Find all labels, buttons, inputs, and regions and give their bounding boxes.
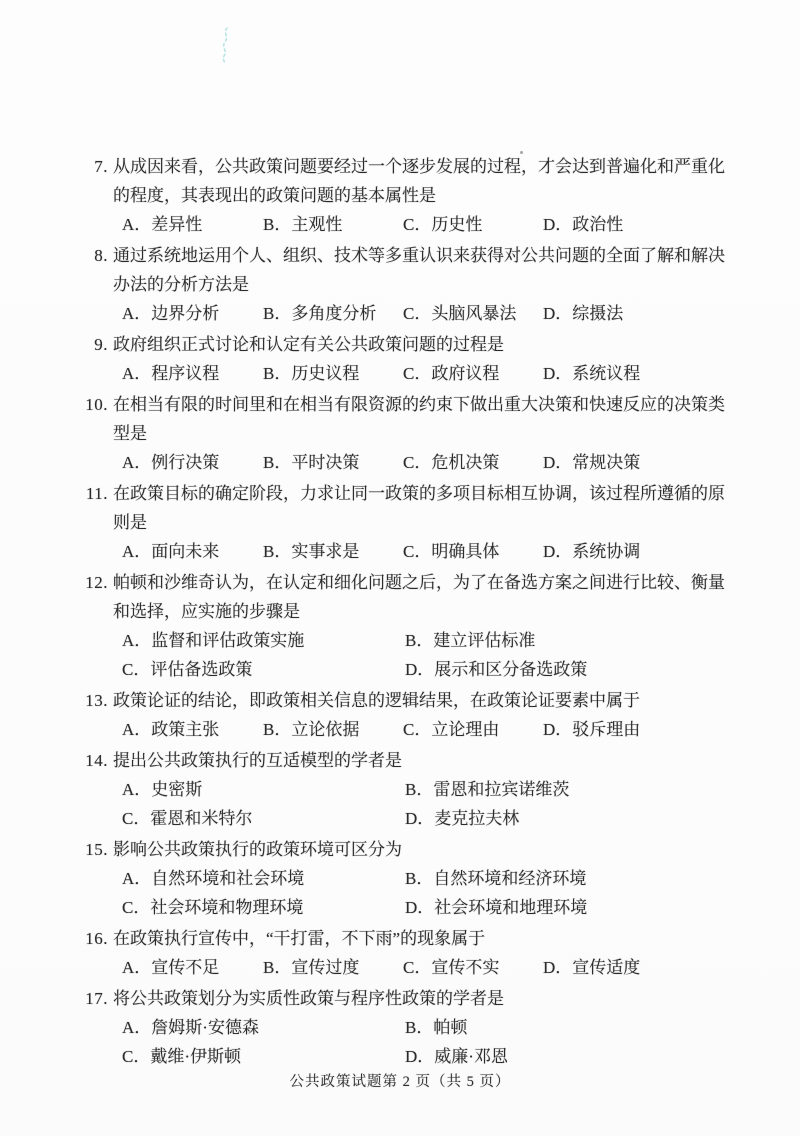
option-d: D．政治性 <box>543 210 740 239</box>
option-b: B．建立评估标准 <box>405 626 740 655</box>
question-text-line: 在政策执行宣传中，“干打雷，不下雨”的现象属于 <box>113 929 485 948</box>
option-b: B．平时决策 <box>263 448 403 477</box>
question-stem: 17. 将公共政策划分为实质性政策与程序性政策的学者是 <box>113 984 740 1013</box>
option-c: C．霍恩和米特尔 <box>122 804 405 833</box>
question-15: 15. 影响公共政策执行的政策环境可区分为 A．自然环境和社会环境 B．自然环境… <box>113 835 740 922</box>
option-b: B．历史议程 <box>263 359 403 388</box>
option-b: B．主观性 <box>263 210 403 239</box>
question-stem: 11. 在政策目标的确定阶段，力求让同一政策的多项目标相互协调，该过程所遵循的原 <box>113 479 740 508</box>
option-d: D．综摄法 <box>543 299 740 328</box>
question-stem: 10. 在相当有限的时间里和在相当有限资源的约束下做出重大决策和快速反应的决策类 <box>113 390 740 419</box>
cyan-scan-pen-mark-icon <box>219 26 233 64</box>
question-number: 15. <box>81 835 108 864</box>
option-d: D．常规决策 <box>543 448 740 477</box>
option-c: C．社会环境和物理环境 <box>122 893 405 922</box>
option-a: A．面向未来 <box>122 537 263 566</box>
option-b: B．自然环境和经济环境 <box>405 864 740 893</box>
options-row: A．程序议程 B．历史议程 C．政府议程 D．系统议程 <box>113 359 740 388</box>
question-text-line: 通过系统地运用个人、组织、技术等多重认识来获得对公共问题的全面了解和解决 <box>113 246 725 265</box>
option-c: C．历史性 <box>403 210 543 239</box>
page-footer: 公共政策试题第 2 页（共 5 页） <box>0 1070 800 1091</box>
question-stem: 15. 影响公共政策执行的政策环境可区分为 <box>113 835 740 864</box>
question-number: 12. <box>81 568 108 597</box>
options-row: C．评估备选政策 D．展示和区分备选政策 <box>113 655 740 684</box>
question-8: 8. 通过系统地运用个人、组织、技术等多重认识来获得对公共问题的全面了解和解决 … <box>113 241 740 328</box>
option-a: A．史密斯 <box>122 775 405 804</box>
options-row: A．自然环境和社会环境 B．自然环境和经济环境 <box>113 864 740 893</box>
option-a: A．程序议程 <box>122 359 263 388</box>
option-b: B．帕顿 <box>405 1013 740 1042</box>
question-text-line: 办法的分析方法是 <box>113 270 740 299</box>
question-number: 13. <box>81 686 108 715</box>
option-a: A．差异性 <box>122 210 263 239</box>
option-a: A．自然环境和社会环境 <box>122 864 405 893</box>
option-a: A．边界分析 <box>122 299 263 328</box>
options-row: A．边界分析 B．多角度分析 C．头脑风暴法 D．综摄法 <box>113 299 740 328</box>
question-stem: 9. 政府组织正式讨论和认定有关公共政策问题的过程是 <box>113 330 740 359</box>
option-a: A．监督和评估政策实施 <box>122 626 405 655</box>
question-number: 8. <box>81 241 108 270</box>
option-d: D．展示和区分备选政策 <box>405 655 740 684</box>
question-number: 17. <box>81 984 108 1013</box>
question-stem: 16. 在政策执行宣传中，“干打雷，不下雨”的现象属于 <box>113 924 740 953</box>
option-d: D．社会环境和地理环境 <box>405 893 740 922</box>
option-a: A．宣传不足 <box>122 953 263 982</box>
question-number: 16. <box>81 924 108 953</box>
question-text-line: 将公共政策划分为实质性政策与程序性政策的学者是 <box>113 989 504 1008</box>
question-number: 11. <box>81 479 108 508</box>
option-a: A．政策主张 <box>122 715 263 744</box>
option-c: C．危机决策 <box>403 448 543 477</box>
question-stem: 14. 提出公共政策执行的互适模型的学者是 <box>113 746 740 775</box>
option-d: D．麦克拉夫林 <box>405 804 740 833</box>
options-row: A．监督和评估政策实施 B．建立评估标准 <box>113 626 740 655</box>
options-row: A．差异性 B．主观性 C．历史性 D．政治性 <box>113 210 740 239</box>
question-text-line: 政府组织正式讨论和认定有关公共政策问题的过程是 <box>113 335 504 354</box>
options-row: C．社会环境和物理环境 D．社会环境和地理环境 <box>113 893 740 922</box>
question-10: 10. 在相当有限的时间里和在相当有限资源的约束下做出重大决策和快速反应的决策类… <box>113 390 740 477</box>
question-text-line: 从成因来看，公共政策问题要经过一个逐步发展的过程，才会达到普遍化和严重化 <box>113 157 725 176</box>
option-b: B．实事求是 <box>263 537 403 566</box>
question-11: 11. 在政策目标的确定阶段，力求让同一政策的多项目标相互协调，该过程所遵循的原… <box>113 479 740 566</box>
question-stem: 13. 政策论证的结论，即政策相关信息的逻辑结果，在政策论证要素中属于 <box>113 686 740 715</box>
question-stem: 12. 帕顿和沙维奇认为，在认定和细化问题之后，为了在备选方案之间进行比较、衡量 <box>113 568 740 597</box>
option-d: D．威廉·邓恩 <box>405 1042 740 1071</box>
question-9: 9. 政府组织正式讨论和认定有关公共政策问题的过程是 A．程序议程 B．历史议程… <box>113 330 740 388</box>
option-c: C．明确具体 <box>403 537 543 566</box>
question-text-line: 政策论证的结论，即政策相关信息的逻辑结果，在政策论证要素中属于 <box>113 691 640 710</box>
question-number: 7. <box>81 152 108 181</box>
options-row: A．政策主张 B．立论依据 C．立论理由 D．驳斥理由 <box>113 715 740 744</box>
option-b: B．雷恩和拉宾诺维茨 <box>405 775 740 804</box>
question-text-line: 帕顿和沙维奇认为，在认定和细化问题之后，为了在备选方案之间进行比较、衡量 <box>113 573 725 592</box>
question-14: 14. 提出公共政策执行的互适模型的学者是 A．史密斯 B．雷恩和拉宾诺维茨 C… <box>113 746 740 833</box>
options-row: A．詹姆斯·安德森 B．帕顿 <box>113 1013 740 1042</box>
options-row: A．史密斯 B．雷恩和拉宾诺维茨 <box>113 775 740 804</box>
options-row: A．例行决策 B．平时决策 C．危机决策 D．常规决策 <box>113 448 740 477</box>
option-b: B．立论依据 <box>263 715 403 744</box>
option-c: C．立论理由 <box>403 715 543 744</box>
option-d: D．系统议程 <box>543 359 740 388</box>
question-text-line: 型是 <box>113 419 740 448</box>
option-a: A．例行决策 <box>122 448 263 477</box>
question-number: 14. <box>81 746 108 775</box>
question-13: 13. 政策论证的结论，即政策相关信息的逻辑结果，在政策论证要素中属于 A．政策… <box>113 686 740 744</box>
question-text-line: 和选择，应实施的步骤是 <box>113 597 740 626</box>
question-7: 7. 从成因来看，公共政策问题要经过一个逐步发展的过程，才会达到普遍化和严重化 … <box>113 152 740 239</box>
question-number: 10. <box>81 390 108 419</box>
options-row: A．宣传不足 B．宣传过度 C．宣传不实 D．宣传适度 <box>113 953 740 982</box>
option-c: C．政府议程 <box>403 359 543 388</box>
question-text-line: 在政策目标的确定阶段，力求让同一政策的多项目标相互协调，该过程所遵循的原 <box>113 484 725 503</box>
options-row: C．霍恩和米特尔 D．麦克拉夫林 <box>113 804 740 833</box>
question-list: 7. 从成因来看，公共政策问题要经过一个逐步发展的过程，才会达到普遍化和严重化 … <box>0 152 800 1073</box>
question-stem: 7. 从成因来看，公共政策问题要经过一个逐步发展的过程，才会达到普遍化和严重化 <box>113 152 740 181</box>
option-b: B．宣传过度 <box>263 953 403 982</box>
question-stem: 8. 通过系统地运用个人、组织、技术等多重认识来获得对公共问题的全面了解和解决 <box>113 241 740 270</box>
question-number: 9. <box>81 330 108 359</box>
question-text-line: 影响公共政策执行的政策环境可区分为 <box>113 840 402 859</box>
scanned-exam-page: 7. 从成因来看，公共政策问题要经过一个逐步发展的过程，才会达到普遍化和严重化 … <box>0 0 800 1136</box>
option-c: C．戴维·伊斯顿 <box>122 1042 405 1071</box>
option-d: D．驳斥理由 <box>543 715 740 744</box>
question-12: 12. 帕顿和沙维奇认为，在认定和细化问题之后，为了在备选方案之间进行比较、衡量… <box>113 568 740 684</box>
option-a: A．詹姆斯·安德森 <box>122 1013 405 1042</box>
option-c: C．宣传不实 <box>403 953 543 982</box>
question-17: 17. 将公共政策划分为实质性政策与程序性政策的学者是 A．詹姆斯·安德森 B．… <box>113 984 740 1071</box>
option-c: C．头脑风暴法 <box>403 299 543 328</box>
option-d: D．宣传适度 <box>543 953 740 982</box>
options-row: A．面向未来 B．实事求是 C．明确具体 D．系统协调 <box>113 537 740 566</box>
option-c: C．评估备选政策 <box>122 655 405 684</box>
option-b: B．多角度分析 <box>263 299 403 328</box>
option-d: D．系统协调 <box>543 537 740 566</box>
question-16: 16. 在政策执行宣传中，“干打雷，不下雨”的现象属于 A．宣传不足 B．宣传过… <box>113 924 740 982</box>
question-text-line: 的程度，其表现出的政策问题的基本属性是 <box>113 181 740 210</box>
options-row: C．戴维·伊斯顿 D．威廉·邓恩 <box>113 1042 740 1071</box>
question-text-line: 在相当有限的时间里和在相当有限资源的约束下做出重大决策和快速反应的决策类 <box>113 395 725 414</box>
question-text-line: 提出公共政策执行的互适模型的学者是 <box>113 751 402 770</box>
question-text-line: 则是 <box>113 508 740 537</box>
